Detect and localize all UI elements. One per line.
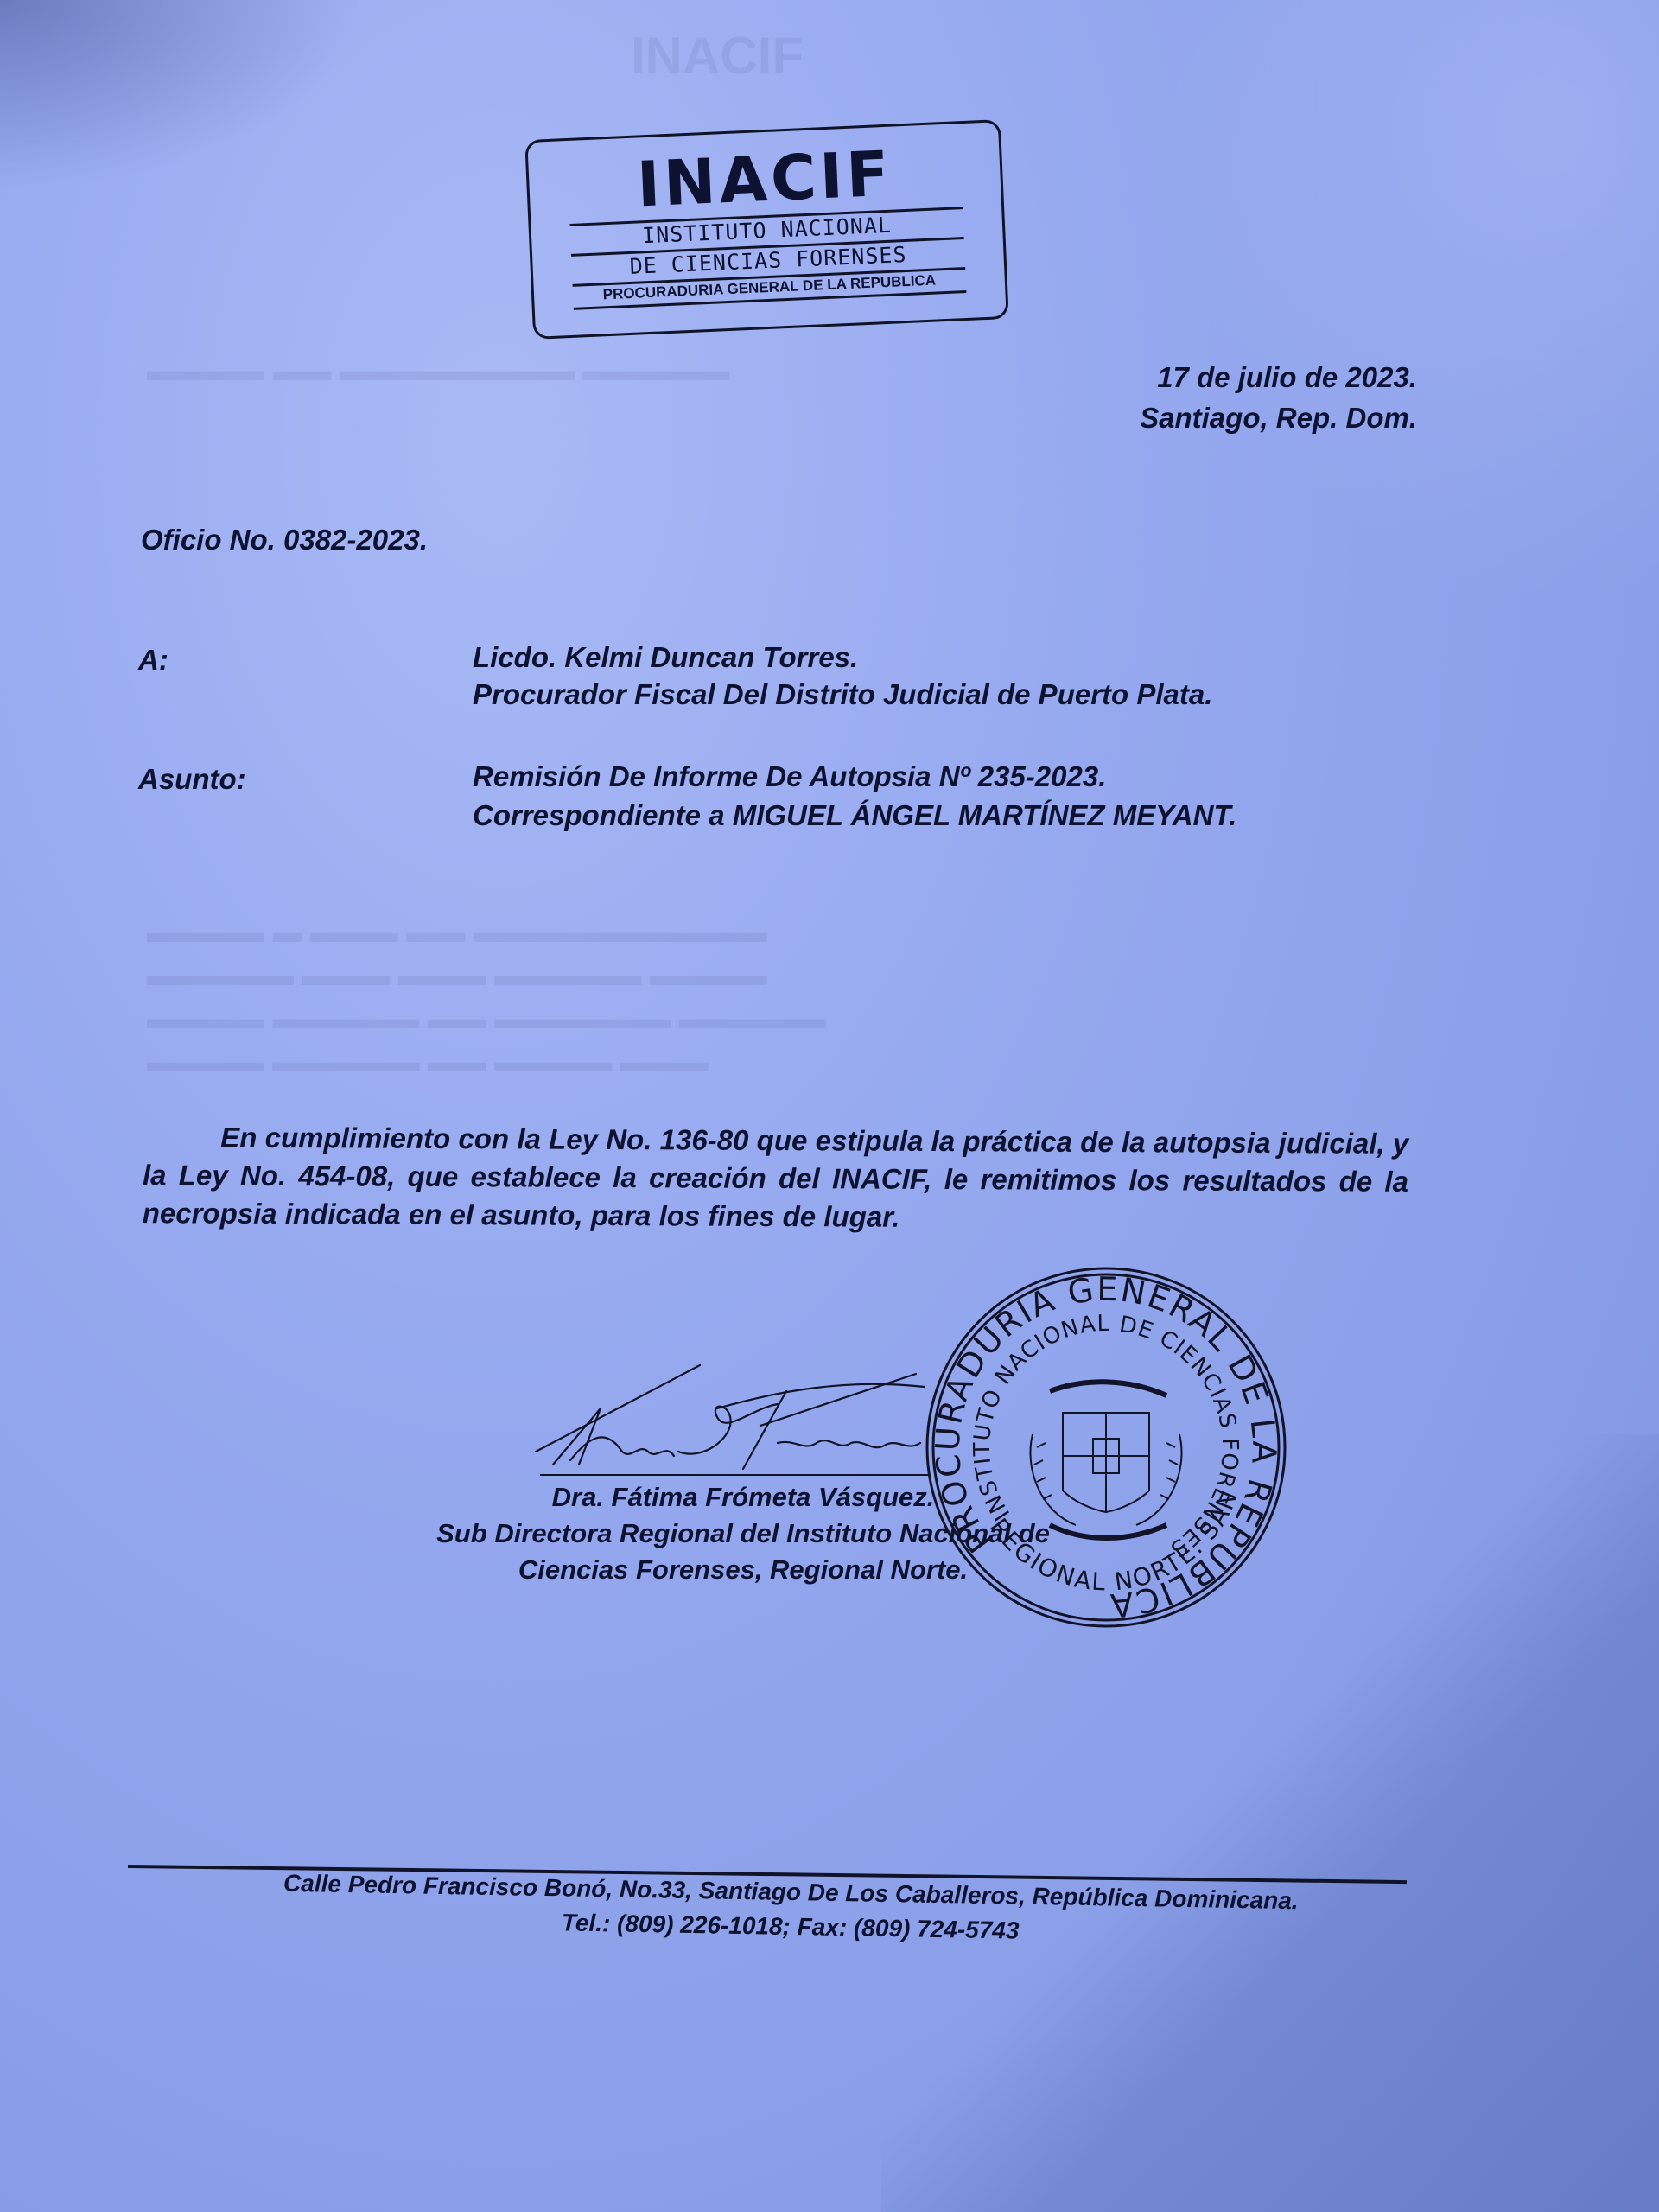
recipient-title: Procurador Fiscal Del Distrito Judicial …: [473, 678, 1212, 711]
coat-of-arms-icon: [1030, 1382, 1181, 1538]
show-through-text: ▬▬▬▬ ▬ ▬▬▬ ▬▬ ▬▬▬▬▬▬▬▬▬▬: [147, 916, 767, 950]
recipient-label: A:: [138, 644, 168, 677]
letter-date: 17 de julio de 2023.: [1037, 361, 1417, 394]
show-through-text: INACIF: [631, 26, 804, 86]
paper-highlight: [1166, 0, 1659, 605]
signature-line: [540, 1474, 929, 1476]
oficio-number: Oficio No. 0382-2023.: [141, 524, 428, 556]
official-seal-stamp: PROCURADURIA GENERAL DE LA REPUBLICA INS…: [920, 1262, 1292, 1633]
recipient-name: Licdo. Kelmi Duncan Torres.: [473, 641, 858, 674]
show-through-text: ▬▬▬▬ ▬▬ ▬▬▬▬▬▬▬▬ ▬▬▬▬▬: [147, 354, 729, 388]
letter-place: Santiago, Rep. Dom.: [1037, 402, 1417, 435]
subject-line1: Remisión De Informe De Autopsia Nº 235-2…: [473, 760, 1106, 793]
subject-line2: Correspondiente a MIGUEL ÁNGEL MARTÍNEZ …: [473, 799, 1236, 832]
show-through-text: ▬▬▬▬ ▬▬▬▬▬ ▬▬ ▬▬▬▬ ▬▬▬: [147, 1046, 709, 1079]
corner-shadow: [0, 0, 363, 190]
show-through-text: ▬▬▬▬ ▬▬▬▬▬ ▬▬ ▬▬▬▬▬▬ ▬▬▬▬▬: [147, 1002, 826, 1036]
show-through-text: ▬▬▬▬▬ ▬▬▬ ▬▬▬ ▬▬▬▬▬ ▬▬▬▬: [147, 959, 767, 993]
inacif-letterhead-logo: INACIF INSTITUTO NACIONAL DE CIENCIAS FO…: [524, 119, 1009, 340]
handwritten-signature: [518, 1357, 968, 1486]
body-paragraph: En cumplimiento con la Ley No. 136-80 qu…: [143, 1118, 1409, 1239]
subject-label: Asunto:: [138, 763, 246, 796]
